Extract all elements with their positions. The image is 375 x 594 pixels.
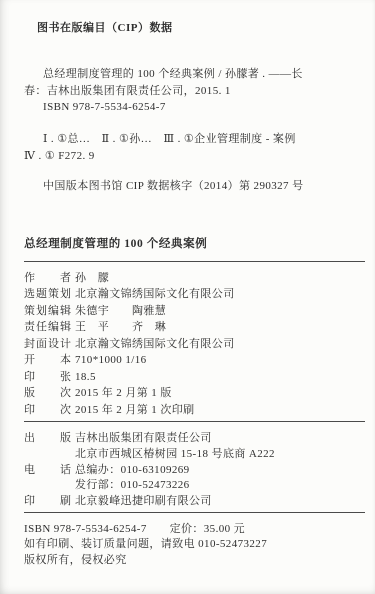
info-row-edition: 版次2015 年 2 月第 1 版: [24, 385, 365, 402]
info-value: 北京瀚文锦绣国际文化有限公司: [75, 338, 235, 350]
printer-name: 北京毅峰迅捷印刷有限公司: [75, 495, 212, 507]
info-row-cover-design: 封面设计北京瀚文锦绣国际文化有限公司: [24, 336, 365, 353]
divider-top: [24, 261, 365, 262]
printer-row: 印刷北京毅峰迅捷印刷有限公司: [24, 494, 365, 510]
publisher-address: 北京市西城区椿树园 15-18 号底商 A222: [75, 447, 365, 463]
cip-entry-line1: 总经理制度管理的 100 个经典案例 / 孙朦著 . ——长: [24, 66, 365, 83]
phone-label: 电话: [24, 463, 71, 479]
cip-record-number: 中国版本图书馆 CIP 数据核字（2014）第 290327 号: [24, 178, 365, 194]
divider-bottom: [24, 512, 365, 513]
cip-entry-line2: 春：吉林出版集团有限责任公司，2015. 1: [24, 83, 365, 100]
info-row-responsible-editor: 责任编辑王 平 齐 琳: [24, 319, 365, 336]
info-value: 王 平 齐 琳: [75, 321, 166, 333]
phone-editorial-office: 总编办：010-63109269: [75, 464, 190, 476]
info-label: 作者: [24, 270, 71, 287]
info-row-author: 作者孙 朦: [24, 270, 365, 287]
printer-label: 印刷: [24, 494, 71, 510]
info-label: 选题策划: [24, 286, 71, 303]
info-label: 策划编辑: [24, 303, 71, 320]
publisher-info-list: 出版吉林出版集团有限责任公司 北京市西城区椿树园 15-18 号底商 A222 …: [24, 431, 365, 510]
info-row-format: 开本710*1000 1/16: [24, 352, 365, 369]
cip-catalog-entry: 总经理制度管理的 100 个经典案例 / 孙朦著 . ——长 春：吉林出版集团有…: [24, 66, 365, 116]
info-value: 2015 年 2 月第 1 版: [75, 387, 172, 399]
cip-entry-isbn: ISBN 978-7-5534-6254-7: [24, 99, 365, 116]
info-label: 版次: [24, 385, 71, 402]
isbn-price-line: ISBN 978-7-5534-6254-7 定价：35.00 元: [24, 522, 365, 538]
info-value: 18.5: [75, 371, 96, 383]
classification-line1: Ⅰ . ①总… Ⅱ . ①孙… Ⅲ . ①企业管理制度 - 案例: [24, 131, 365, 148]
info-label: 印次: [24, 402, 71, 419]
divider-middle: [24, 421, 365, 422]
cip-header: 图书在版编目（CIP）数据: [37, 22, 365, 35]
info-value: 北京瀚文锦绣国际文化有限公司: [75, 288, 235, 300]
info-label: 印张: [24, 369, 71, 386]
copyright-page: 图书在版编目（CIP）数据 总经理制度管理的 100 个经典案例 / 孙朦著 .…: [0, 0, 375, 594]
phone-row: 电话总编办：010-63109269: [24, 463, 365, 479]
info-value: 2015 年 2 月第 1 次印刷: [75, 404, 195, 416]
cip-classification: Ⅰ . ①总… Ⅱ . ①孙… Ⅲ . ①企业管理制度 - 案例 Ⅳ . ① F…: [24, 131, 365, 165]
info-value: 710*1000 1/16: [75, 354, 147, 366]
info-row-topic-planning: 选题策划北京瀚文锦绣国际文化有限公司: [24, 286, 365, 303]
publication-info-list: 作者孙 朦 选题策划北京瀚文锦绣国际文化有限公司 策划编辑朱德宇 陶雅慧 责任编…: [24, 270, 365, 419]
book-title: 总经理制度管理的 100 个经典案例: [24, 237, 365, 251]
publisher-name: 吉林出版集团有限责任公司: [75, 432, 212, 444]
phone-distribution-dept: 发行部：010-52473226: [75, 478, 365, 494]
quality-notice: 如有印刷、装订质量问题，请致电 010-52473227: [24, 537, 365, 553]
publisher-label: 出版: [24, 431, 71, 447]
publisher-row: 出版吉林出版集团有限责任公司: [24, 431, 365, 447]
info-row-planning-editor: 策划编辑朱德宇 陶雅慧: [24, 303, 365, 320]
classification-line2: Ⅳ . ① F272. 9: [24, 148, 365, 165]
info-value: 朱德宇 陶雅慧: [75, 305, 166, 317]
info-row-sheets: 印张18.5: [24, 369, 365, 386]
info-label: 封面设计: [24, 336, 71, 353]
info-value: 孙 朦: [75, 272, 109, 284]
copyright-notice: 版权所有，侵权必究: [24, 553, 365, 569]
footer-block: ISBN 978-7-5534-6254-7 定价：35.00 元 如有印刷、装…: [24, 522, 365, 569]
info-row-impression: 印次2015 年 2 月第 1 次印刷: [24, 402, 365, 419]
info-label: 责任编辑: [24, 319, 71, 336]
info-label: 开本: [24, 352, 71, 369]
